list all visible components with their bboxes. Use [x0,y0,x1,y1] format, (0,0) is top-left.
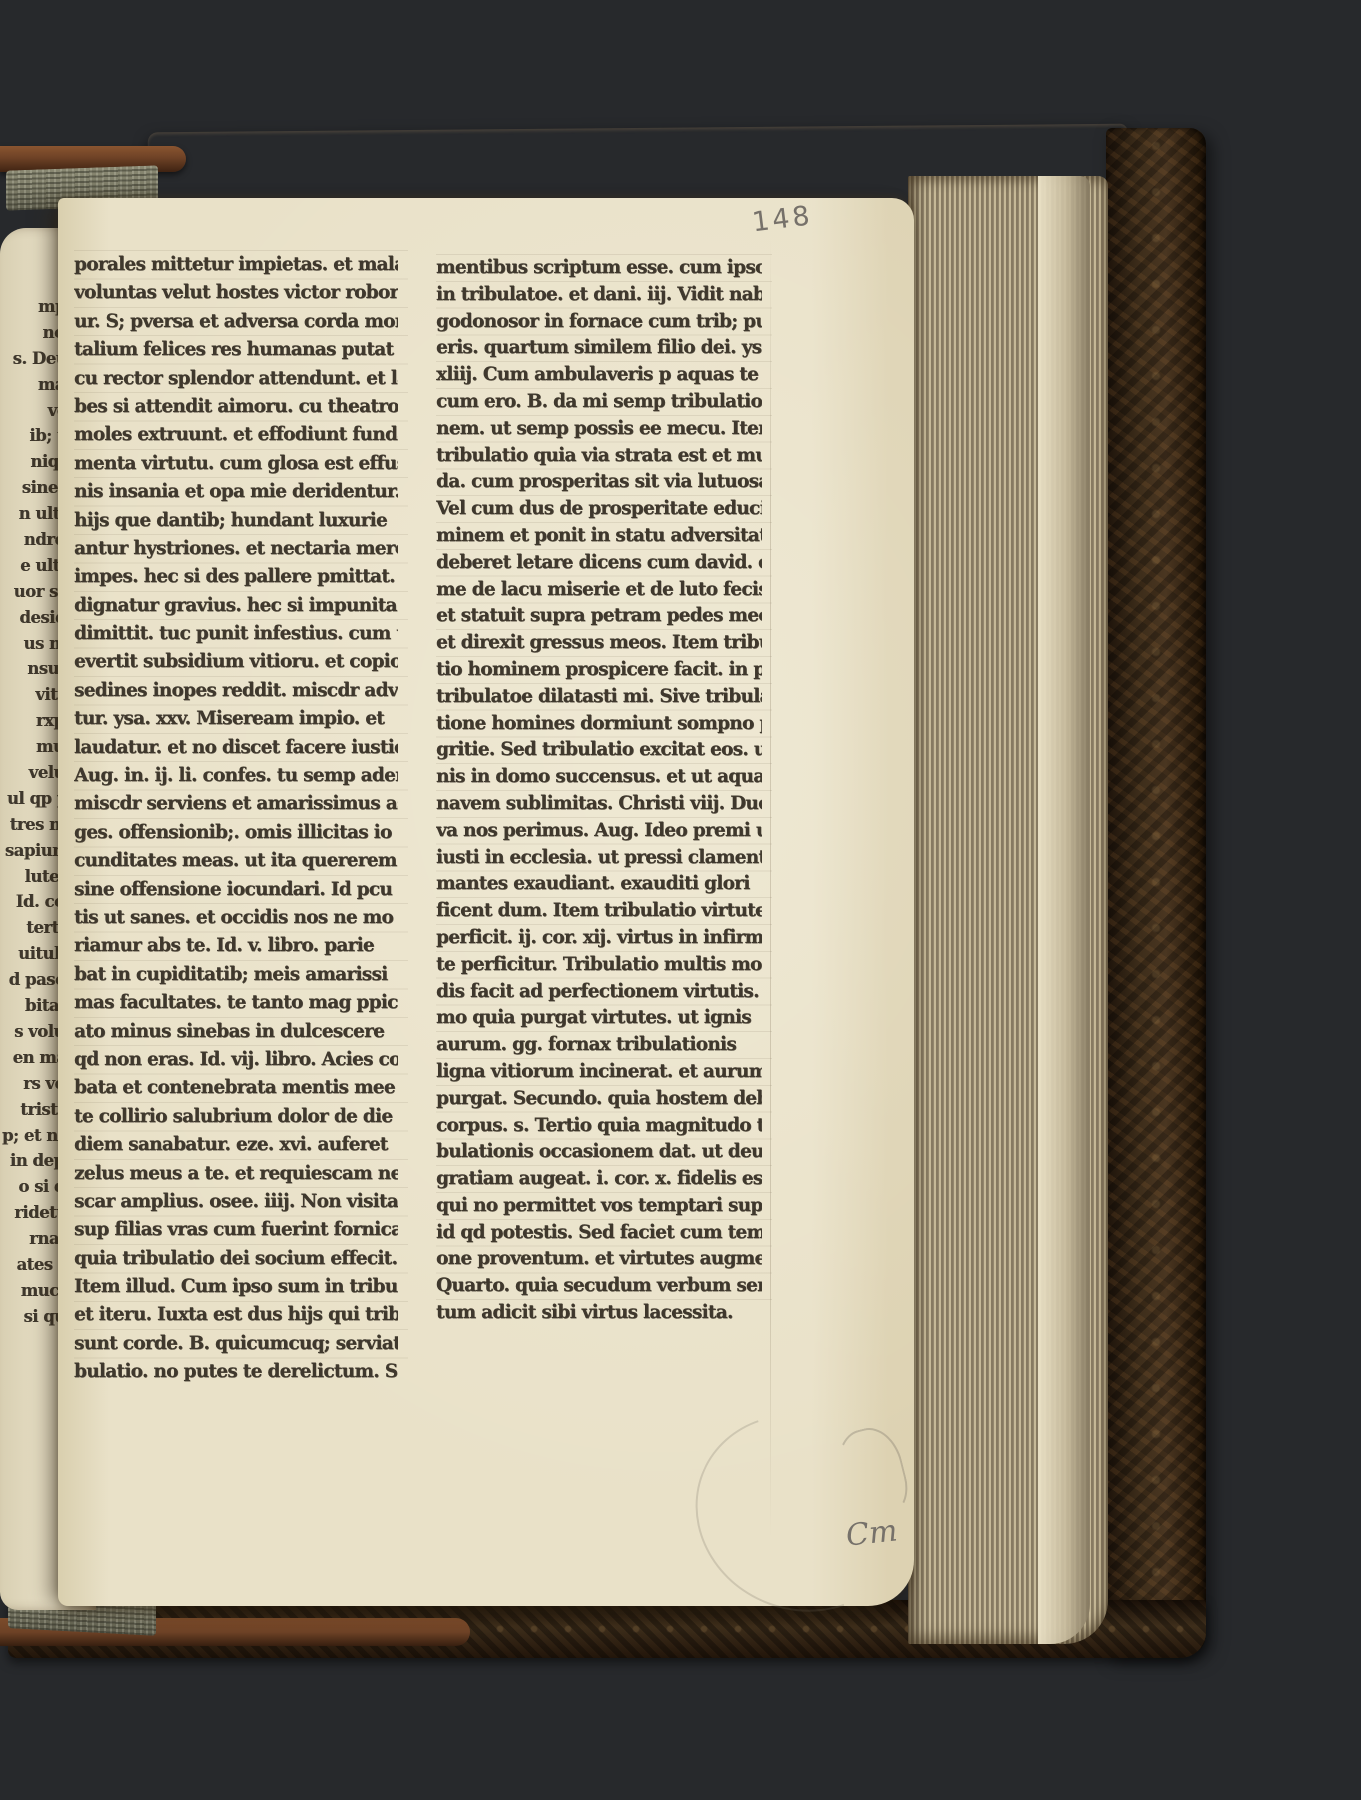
manuscript-line: qui no permittet vos temptari supra [436,1192,762,1219]
book-cover-right-edge [1106,128,1206,1656]
manuscript-line: miscdr serviens et amarissimus asp [74,789,398,817]
manuscript-line: ges. offensionib;. omis illicitas io [74,818,398,846]
manuscript-line: zelus meus a te. et requiescam nec ira [74,1159,398,1187]
manuscript-line: tur. ysa. xxv. Miseream impio. et [74,704,398,732]
manuscript-line: menta virtutu. cum glosa est effusio [74,449,398,477]
manuscript-line: dis facit ad perfectionem virtutis. pri [436,978,762,1005]
manuscript-line: purgat. Secundo. quia hostem debilitat [436,1085,762,1112]
manuscript-line: Item illud. Cum ipso sum in tribulatoe. [74,1272,398,1300]
manuscript-line: bulationis occasionem dat. ut deus [436,1138,762,1165]
manuscript-line: ato minus sinebas in dulcescere [74,1017,398,1045]
manuscript-line: qd non eras. Id. vij. libro. Acies contu… [74,1045,398,1073]
manuscript-line: nem. ut semp possis ee mecu. Item [436,415,762,442]
folio-number: 148 [750,197,843,239]
manuscript-line: deberet letare dicens cum david. eduxit [436,549,762,576]
manuscript-line: eris. quartum similem filio dei. ysa. [436,334,762,361]
manuscript-line: diem sanabatur. eze. xvi. auferet [74,1130,398,1158]
manuscript-line: tribulatio quia via strata est et mun [436,442,762,469]
manuscript-line: et direxit gressus meos. Item tribula [436,629,762,656]
text-column-left: porales mittetur impietas. et malavolunt… [74,250,408,1386]
manuscript-line: voluntas velut hostes victor robora [74,278,398,306]
manuscript-line: perficit. ij. cor. xij. virtus in infirm… [436,924,762,951]
manuscript-line: moles extruunt. et effodiunt funda [74,420,398,448]
manuscript-line: tione homines dormiunt sompno pi [436,710,762,737]
manuscript-line: in tribulatoe. et dani. iij. Vidit nabu [436,281,762,308]
manuscript-line: quia tribulatio dei socium effecit. [74,1244,398,1272]
manuscript-line: corpus. s. Tertio quia magnitudo tri [436,1112,762,1139]
manuscript-line: mantes exaudiant. exauditi glori [436,870,762,897]
manuscript-line: laudatur. et no discet facere iusticiam. [74,733,398,761]
manuscript-line: da. cum prosperitas sit via lutuosa. [436,468,762,495]
manuscript-line: gritie. Sed tribulatio excitat eos. ut i… [436,736,762,763]
manuscript-line: nis insania et opa mie deridentur. cu [74,477,398,505]
page-block-fore-edge [908,176,1108,1644]
manuscript-page: 148 porales mittetur impietas. et malavo… [58,198,914,1606]
manuscript-line: godonosor in fornace cum trib; pu [436,308,762,335]
manuscript-line: ligna vitiorum incinerat. et aurum [436,1058,762,1085]
manuscript-line: Vel cum dus de prosperitate educit ho [436,495,762,522]
text-column-right: mentibus scriptum esse. cum ipso sumin t… [436,254,772,1326]
manuscript-line: te collirio salubrium dolor de die in [74,1102,398,1130]
manuscript-line: et iteru. Iuxta est dus hijs qui tribula… [74,1300,398,1328]
manuscript-line: tis ut sanes. et occidis nos ne mo [74,903,398,931]
manuscript-line: cunditates meas. ut ita quererem [74,846,398,874]
manuscript-line: antur hystriones. et nectaria mero hut [74,534,398,562]
manuscript-line: evertit subsidium vitioru. et copiosas [74,647,398,675]
manuscript-line: et statuit supra petram pedes meos. [436,602,762,629]
manuscript-line: dignatur gravius. hec si impunita [74,591,398,619]
manuscript-line: mas facultates. te tanto mag ppici [74,988,398,1016]
manuscript-line: dimittit. tuc punit infestius. cum u [74,619,398,647]
manuscript-line: bata et contenebrata mentis mee a [74,1073,398,1101]
manuscript-line: sine offensione iocundari. Id pcu [74,875,398,903]
manuscript-line: te perficitur. Tribulatio multis mo [436,951,762,978]
manuscript-line: aurum. gg. fornax tribulationis [436,1031,762,1058]
manuscript-line: talium felices res humanas putat [74,335,398,363]
manuscript-line: sunt corde. B. quicumcuq; serviat tri [74,1329,398,1357]
manuscript-line: hijs que dantib; hundant luxurie [74,506,398,534]
manuscript-line: ficent dum. Item tribulatio virtutem [436,897,762,924]
manuscript-line: Quarto. quia secudum verbum senece. mul [436,1272,762,1299]
manuscript-line: riamur abs te. Id. v. libro. parie [74,931,398,959]
manuscript-line: porales mittetur impietas. et mala [74,250,398,278]
manuscript-line: xliij. Cum ambulaveris p aquas te [436,361,762,388]
manuscript-line: impes. hec si des pallere pmittat. to [74,562,398,590]
manuscript-line: cu rector splendor attendunt. et la [74,364,398,392]
manuscript-line: gratiam augeat. i. cor. x. fidelis est d… [436,1165,762,1192]
manuscript-line: tio hominem prospicere facit. in ps. In [436,656,762,683]
manuscript-line: minem et ponit in statu adversitatis [436,522,762,549]
manuscript-line: scar amplius. osee. iiij. Non visitabo [74,1187,398,1215]
manuscript-line: ur. S; pversa et adversa corda mor [74,307,398,335]
manuscript-line: navem sublimitas. Christi viij. Due sal [436,790,762,817]
manuscript-line: me de lacu miserie et de luto fecis. [436,576,762,603]
manuscript-line: bes si attendit aimoru. cu theatror [74,392,398,420]
manuscript-line: bulatio. no putes te derelictum. Sed [74,1357,398,1385]
manuscript-line: va nos perimus. Aug. Ideo premi un [436,817,762,844]
manuscript-line: cum ero. B. da mi semp tribulatio [436,388,762,415]
manuscript-line: tum adicit sibi virtus lacessita. [436,1299,762,1326]
manuscript-line: nis in domo succensus. et ut aqua [436,763,762,790]
manuscript-line: id qd potestis. Sed faciet cum temptati [436,1219,762,1246]
corner-inscription: Cm [844,1513,899,1553]
manuscript-line: bat in cupiditatib; meis amarissi [74,960,398,988]
manuscript-line: sedines inopes reddit. miscdr advu [74,676,398,704]
manuscript-line: tribulatoe dilatasti mi. Sive tribula [436,683,762,710]
manuscript-photograph: mpenons. Deusmadvosib; tr.niquisineren u… [0,0,1361,1800]
manuscript-line: Aug. in. ij. li. confes. tu semp aderas [74,761,398,789]
manuscript-line: mo quia purgat virtutes. ut ignis [436,1004,762,1031]
manuscript-line: mentibus scriptum esse. cum ipso sum [436,254,762,281]
manuscript-line: sup filias vras cum fuerint fornicate [74,1215,398,1243]
manuscript-line: one proventum. et virtutes augmentu. [436,1245,762,1272]
manuscript-line: iusti in ecclesia. ut pressi clament. cl… [436,844,762,871]
